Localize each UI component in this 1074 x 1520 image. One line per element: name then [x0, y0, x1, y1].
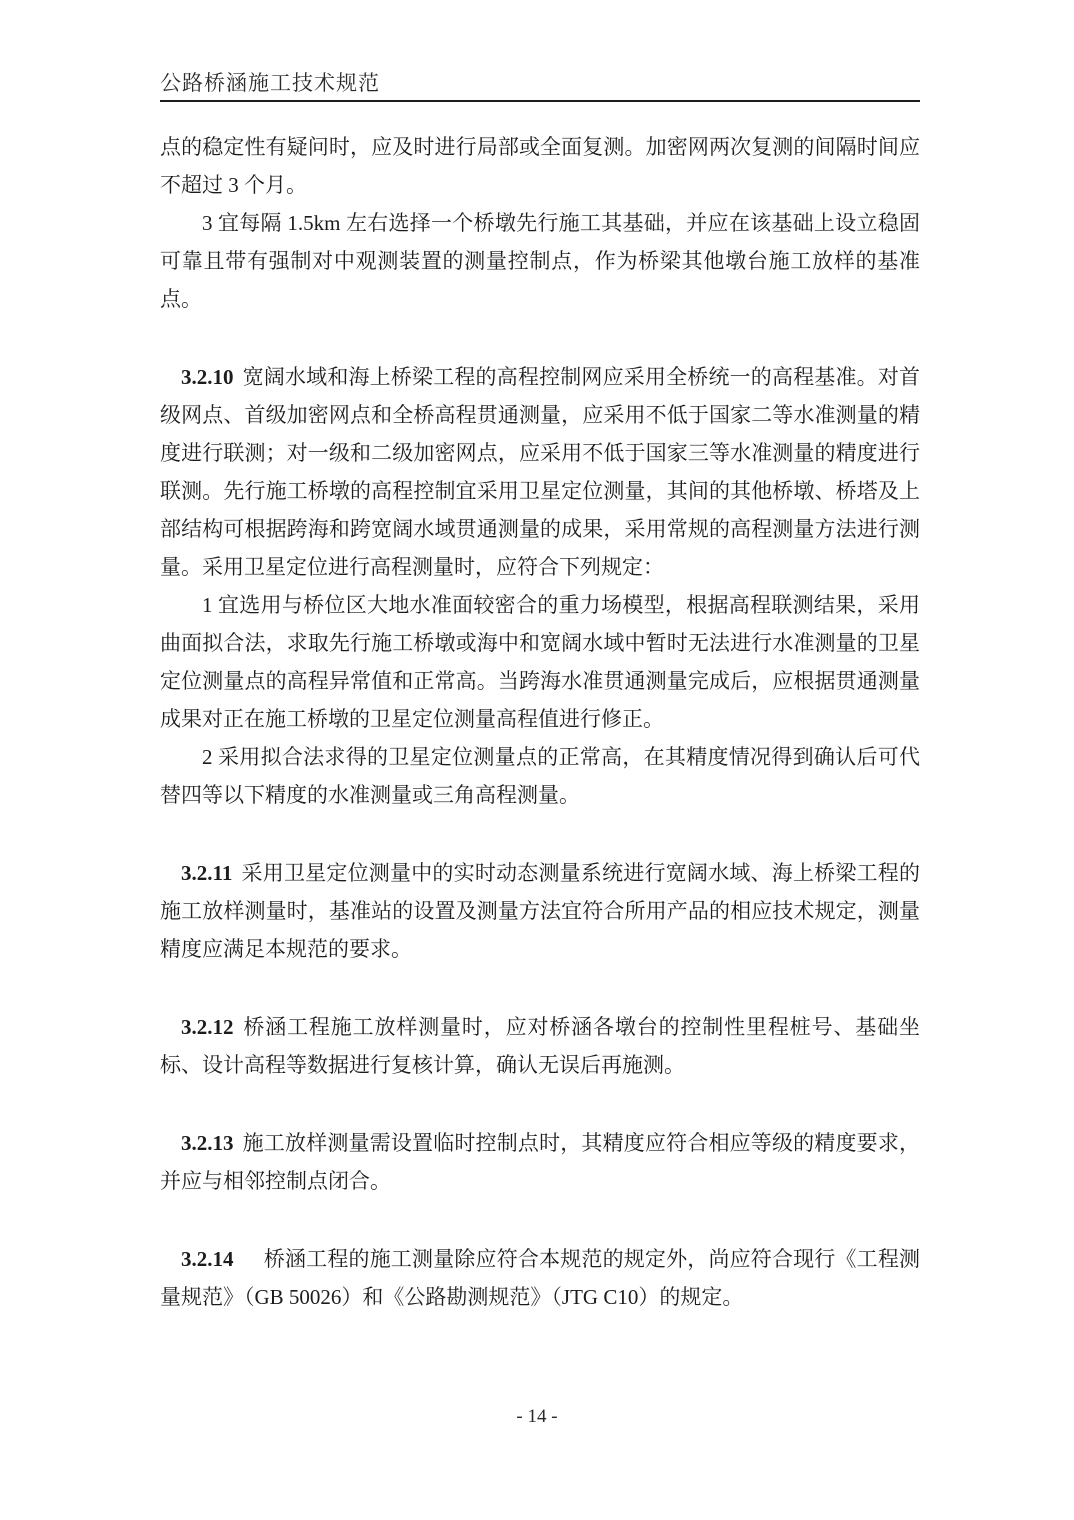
paragraph-continuation: 点的稳定性有疑问时，应及时进行局部或全面复测。加密网两次复测的间隔时间应不超过 … — [160, 128, 920, 204]
section-number: 3.2.12 — [181, 1015, 234, 1039]
page-number: - 14 - — [516, 1406, 557, 1427]
section-3-2-12: 3.2.12桥涵工程施工放样测量时，应对桥涵各墩台的控制性里程桩号、基础坐标、设… — [160, 1008, 920, 1084]
page-footer: - 14 - — [0, 1406, 1074, 1428]
list-item-3: 3 宜每隔 1.5km 左右选择一个桥墩先行施工其基础，并应在该基础上设立稳固可… — [160, 204, 920, 318]
document-title: 公路桥涵施工技术规范 — [160, 71, 380, 95]
section-text: 宽阔水域和海上桥梁工程的高程控制网应采用全桥统一的高程基准。对首级网点、首级加密… — [160, 365, 920, 579]
section-text: 桥涵工程的施工测量除应符合本规范的规定外，尚应符合现行《工程测量规范》（GB 5… — [160, 1247, 920, 1309]
section-number: 3.2.11 — [181, 861, 232, 885]
section-text: 施工放样测量需设置临时控制点时，其精度应符合相应等级的精度要求，并应与相邻控制点… — [160, 1131, 920, 1193]
document-body: 点的稳定性有疑问时，应及时进行局部或全面复测。加密网两次复测的间隔时间应不超过 … — [160, 128, 920, 1316]
section-number: 3.2.13 — [181, 1131, 234, 1155]
section-3-2-11: 3.2.11采用卫星定位测量中的实时动态测量系统进行宽阔水域、海上桥梁工程的施工… — [160, 854, 920, 968]
section-number: 3.2.14 — [181, 1247, 234, 1271]
section-3-2-10: 3.2.10宽阔水域和海上桥梁工程的高程控制网应采用全桥统一的高程基准。对首级网… — [160, 358, 920, 586]
section-number: 3.2.10 — [181, 365, 234, 389]
section-text: 采用卫星定位测量中的实时动态测量系统进行宽阔水域、海上桥梁工程的施工放样测量时，… — [160, 861, 920, 961]
list-item-1: 1 宜选用与桥位区大地水准面较密合的重力场模型，根据高程联测结果，采用曲面拟合法… — [160, 586, 920, 738]
section-3-2-14: 3.2.14 桥涵工程的施工测量除应符合本规范的规定外，尚应符合现行《工程测量规… — [160, 1240, 920, 1316]
document-page: 公路桥涵施工技术规范 点的稳定性有疑问时，应及时进行局部或全面复测。加密网两次复… — [0, 0, 1074, 1520]
section-3-2-13: 3.2.13施工放样测量需设置临时控制点时，其精度应符合相应等级的精度要求，并应… — [160, 1124, 920, 1200]
list-item-2: 2 采用拟合法求得的卫星定位测量点的正常高，在其精度情况得到确认后可代替四等以下… — [160, 738, 920, 814]
page-header: 公路桥涵施工技术规范 — [160, 70, 920, 102]
section-text: 桥涵工程施工放样测量时，应对桥涵各墩台的控制性里程桩号、基础坐标、设计高程等数据… — [160, 1015, 920, 1077]
